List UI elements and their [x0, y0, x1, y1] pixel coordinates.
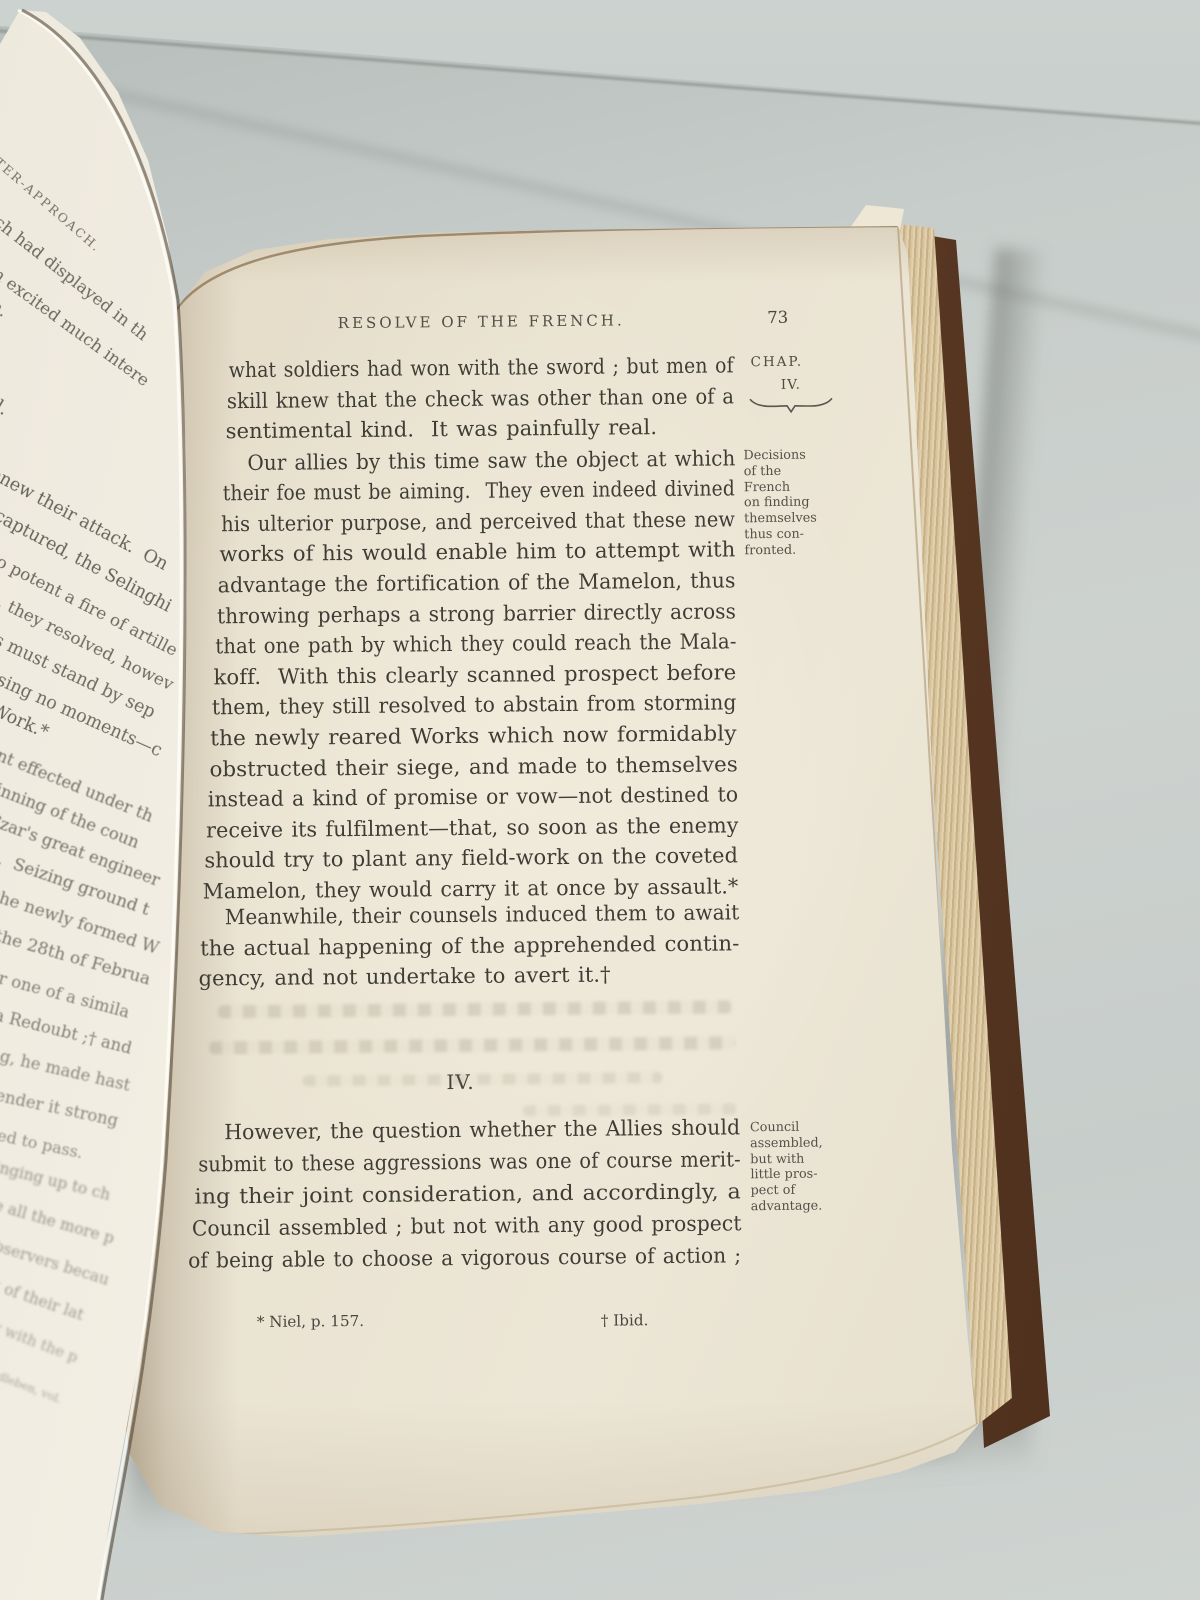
footnote-ibid: † Ibid.	[601, 1311, 649, 1329]
text-line: Meanwhile, their counsels induced them t…	[201, 900, 739, 929]
margin-note-line: Decisions	[743, 447, 839, 464]
margin-note-council: Councilassembled,but withlittle pros-pec…	[750, 1119, 847, 1215]
text-line: Council assembled ; but not with any goo…	[192, 1211, 742, 1240]
margin-note-line: advantage.	[751, 1198, 847, 1215]
margin-note-line: Council	[750, 1119, 846, 1136]
margin-note-line: but with	[750, 1151, 846, 1168]
text-line: gency, and not undertake to avert it.†	[198, 963, 610, 991]
text-line: receive its fulfilment—that, so soon as …	[206, 813, 739, 842]
text-line: that one path by which they could reach …	[215, 629, 736, 658]
margin-note-decisions: Decisionsof theFrenchon findingthemselve…	[743, 447, 840, 558]
text-line: the newly reared Works which now formida…	[210, 721, 737, 750]
text-line: should try to plant any field-work on th…	[204, 844, 738, 873]
text-line: Our allies by this time saw the object a…	[224, 446, 735, 475]
text-line: them, they still resolved to abstain fro…	[212, 691, 737, 720]
text-line: ing their joint consideration, and accor…	[195, 1179, 741, 1208]
text-line: what soldiers had won with the sword ; b…	[229, 353, 734, 382]
text-line: koff. With this clearly scanned prospect…	[214, 660, 737, 689]
book-photo-scene: RESOLVE OF THE FRENCH. 73 CHAP. IV. Deci…	[0, 0, 1200, 1600]
show-through-text-smudge	[218, 1000, 732, 1018]
text-line: advantage the fortification of the Mamel…	[218, 568, 736, 597]
chapter-label: CHAP.	[751, 354, 804, 371]
margin-note-line: little pros-	[750, 1167, 846, 1184]
margin-note-line: assembled,	[750, 1135, 846, 1152]
text-line: obstructed their siege, and made to them…	[209, 752, 738, 781]
text-line: instead a kind of promise or vow—not des…	[207, 782, 738, 811]
footnote-niel: * Niel, p. 157.	[257, 1312, 364, 1331]
chapter-brace-ornament	[746, 395, 836, 414]
margin-note-line: thus con-	[744, 526, 840, 543]
margin-note-line: themselves	[744, 511, 840, 528]
margin-note-line: French	[744, 479, 840, 496]
margin-note-line: on finding	[744, 495, 840, 512]
text-line: of being able to choose a vigorous cours…	[188, 1243, 741, 1272]
text-line: works of his would enable him to attempt…	[220, 538, 736, 567]
text-line: submit to these aggressions was one of c…	[198, 1147, 741, 1176]
margin-note-line: fronted.	[744, 542, 840, 559]
show-through-text-smudge	[209, 1036, 735, 1054]
page-number: 73	[767, 308, 788, 327]
chapter-numeral: IV.	[748, 376, 834, 393]
text-line: their foe must be aiming. They even inde…	[223, 476, 735, 505]
margin-note-line: of the	[744, 463, 840, 480]
text-line: the actual happening of the apprehended …	[200, 931, 739, 960]
show-through-text-smudge	[523, 1103, 737, 1116]
margin-note-line: pect of	[751, 1182, 847, 1199]
text-line: his ulterior purpose, and perceived that…	[221, 507, 735, 536]
text-line: sentimental kind. It was painfully real.	[226, 415, 658, 443]
text-line: skill knew that the check was other than…	[227, 384, 734, 413]
text-line: Mamelon, they would carry it at once by …	[203, 874, 739, 903]
running-head: RESOLVE OF THE FRENCH.	[225, 310, 737, 333]
text-line: throwing perhaps a strong barrier direct…	[217, 599, 736, 628]
text-line: However, the question whether the Allies…	[201, 1115, 740, 1144]
